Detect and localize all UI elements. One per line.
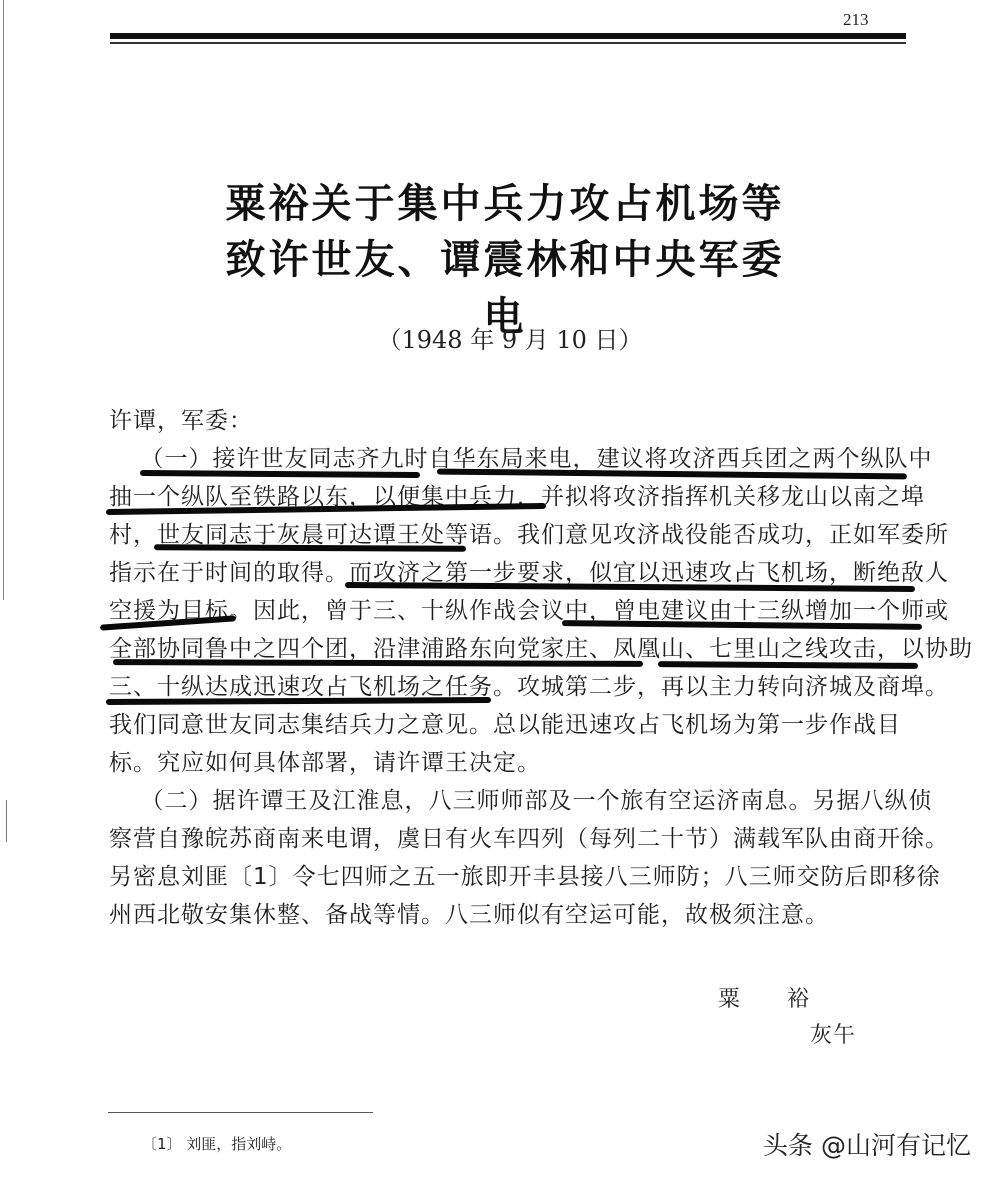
signature-name: 粟 裕 — [718, 982, 810, 1013]
header-rule-thick — [110, 33, 906, 39]
body-line: 三、十纵达成迅速攻占飞机场之任务。攻城第二步，再以主力转向济城及商埠。 — [109, 668, 949, 701]
body-line: 州西北敬安集休整、备战等情。八三师似有空运可能，故极须注意。 — [109, 896, 829, 929]
document-title-line-1: 粟裕关于集中兵力攻占机场等 — [225, 172, 785, 229]
body-line: 察营自豫皖苏商南来电谓，虞日有火车四列（每列二十节）满载军队由商开徐。 — [109, 820, 949, 853]
body-line: 全部协同鲁中之四个团，沿津浦路东向党家庄、凤凰山、七里山之线攻击，以协助 — [109, 630, 973, 663]
underline-mark — [140, 470, 420, 478]
footnote-rule — [108, 1112, 373, 1113]
salutation: 许谭，军委： — [109, 402, 253, 435]
page-left-tick — [6, 800, 7, 842]
body-line: （一）接许世友同志齐九时自华东局来电，建议将攻济西兵团之两个纵队中 — [128, 440, 933, 473]
body-line: 指示在于时间的取得。而攻济之第一步要求，似宜以迅速攻占飞机场，断绝敌人 — [109, 554, 949, 587]
underline-mark — [106, 697, 491, 705]
body-line: 我们同意世友同志集结兵力之意见。总以能迅速攻占飞机场为第一步作战目 — [109, 706, 901, 739]
underline-mark — [154, 544, 466, 552]
page-left-edge — [3, 0, 4, 600]
body-line: 另密息刘匪〔1〕令七四师之五一旅即开丰县接八三师防；八三师交防后即移徐 — [109, 858, 941, 891]
page-number: 213 — [843, 10, 869, 30]
footnote: 〔1〕 刘匪，指刘峙。 — [142, 1133, 291, 1154]
body-line: 标。究应如何具体部署，请许谭王决定。 — [109, 744, 541, 777]
watermark: 头条 @山河有记忆 — [763, 1126, 971, 1162]
document-date: （1948 年 9 月 10 日） — [300, 320, 720, 355]
header-rule-thin — [110, 42, 906, 44]
signature-date: 灰午 — [810, 1018, 856, 1049]
underline-mark — [113, 659, 643, 667]
body-line: （二）据许谭王及江淮息，八三师师部及一个旅有空运济南息。另据八纵侦 — [128, 782, 933, 815]
